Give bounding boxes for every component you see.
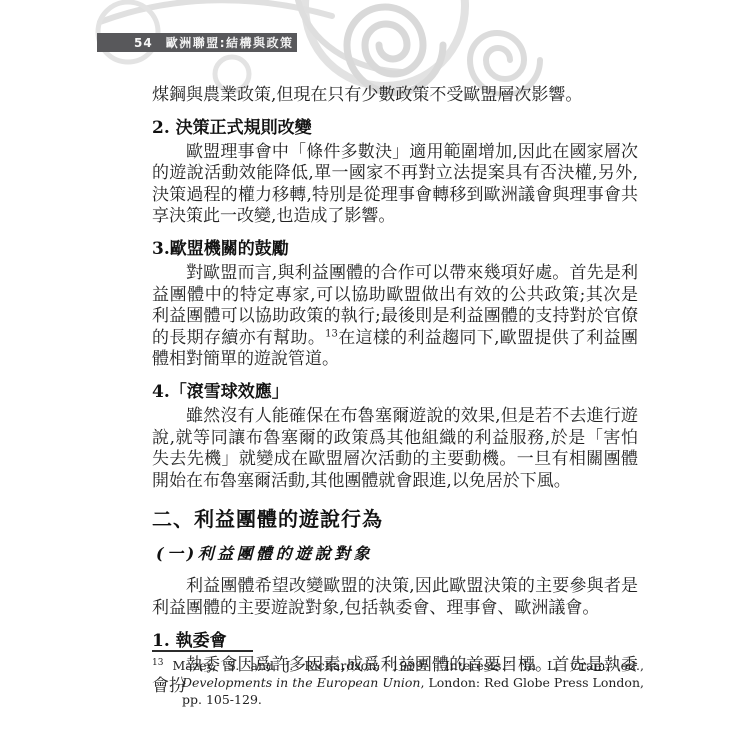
footnote-area: 13Mazey, S. and J. Richardson. 1999. “In… (152, 650, 644, 708)
heading-snowball-effect: 4.「滾雪球效應」 (152, 381, 638, 403)
page-number: 54 (134, 37, 153, 49)
page-header-bar: 54 歐洲聯盟:結構與政策 (97, 33, 297, 52)
footnote-divider (152, 650, 253, 652)
footnote-book-title: Developments in the European Union (182, 675, 420, 690)
paragraph-decision-rules: 歐盟理事會中「條件多數決」適用範圍增加,因此在國家層次的遊說活動效能降低,單一國… (152, 142, 638, 228)
paragraph-lobbying-targets: 利益團體希望改變歐盟的決策,因此歐盟決策的主要參與者是利益團體的主要遊說對象,包… (152, 576, 638, 619)
paragraph-continuation: 煤鋼與農業政策,但現在只有少數政策不受歐盟層次影響。 (152, 85, 638, 107)
footnote-13: 13Mazey, S. and J. Richardson. 1999. “In… (152, 657, 644, 708)
book-title: 歐洲聯盟:結構與政策 (166, 37, 294, 49)
section-heading-lobbying-behavior: 二、利益團體的遊說行為 (152, 507, 638, 531)
paragraph-snowball-effect: 雖然沒有人能確保在布魯塞爾遊說的效果,但是若不去進行遊說,就等同讓布魯塞爾的政策… (152, 406, 638, 492)
subsection-heading-lobbying-targets: (一)利益團體的遊說對象 (156, 544, 638, 564)
book-page: 54 歐洲聯盟:結構與政策 煤鋼與農業政策,但現在只有少數政策不受歐盟層次影響。… (0, 0, 750, 750)
paragraph-eu-encouragement: 對歐盟而言,與利益團體的合作可以帶來幾項好處。首先是利益團體中的特定專家,可以協… (152, 263, 638, 371)
footnote-citation: Mazey, S. and J. Richardson. 1999. “Inte… (172, 658, 644, 673)
footnote-ref-13: 13 (325, 328, 338, 339)
page-content: 煤鋼與農業政策,但現在只有少數政策不受歐盟層次影響。 2. 決策正式規則改變 歐… (152, 85, 638, 698)
heading-commission: 1. 執委會 (152, 630, 638, 652)
heading-decision-rules: 2. 決策正式規則改變 (152, 117, 638, 139)
heading-eu-encouragement: 3.歐盟機關的鼓勵 (152, 238, 638, 260)
footnote-marker: 13 (152, 658, 163, 668)
